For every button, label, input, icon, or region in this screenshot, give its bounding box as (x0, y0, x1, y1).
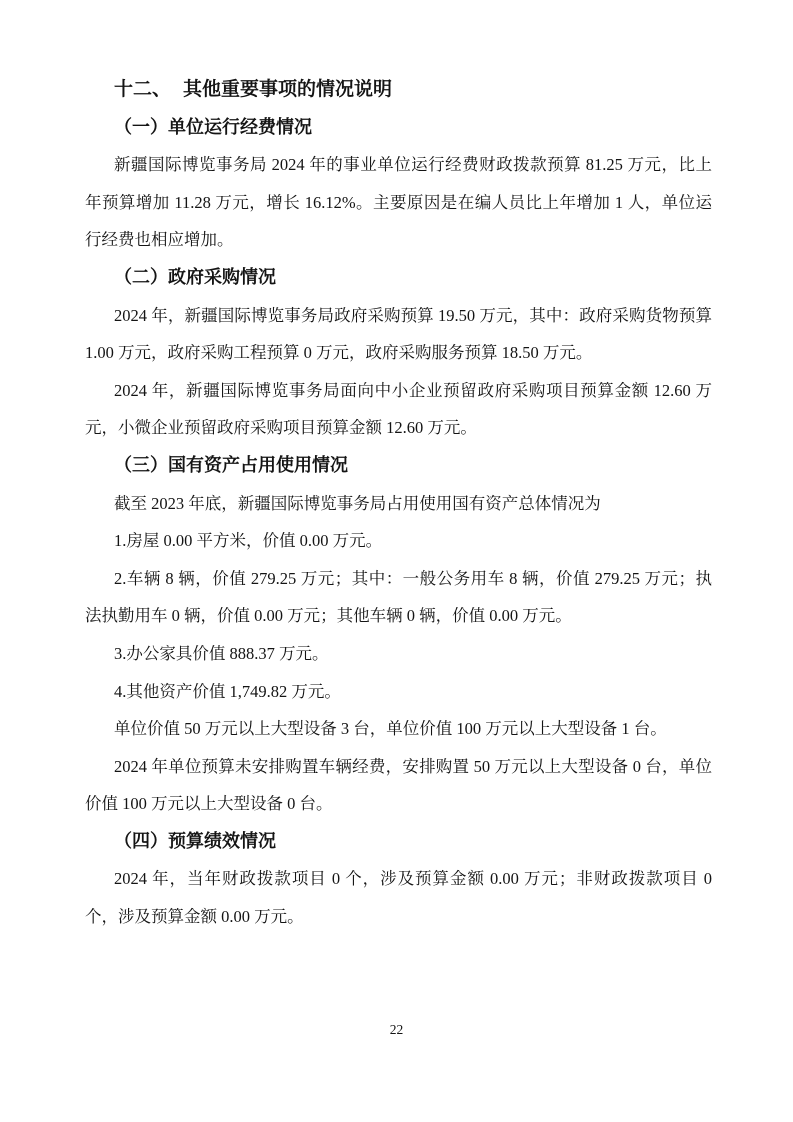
paragraph-large-equipment: 单位价值 50 万元以上大型设备 3 台，单位价值 100 万元以上大型设备 1… (85, 710, 712, 748)
paragraph-asset-housing: 1.房屋 0.00 平方米，价值 0.00 万元。 (85, 522, 712, 560)
paragraph-2024-purchase-plan: 2024 年单位预算未安排购置车辆经费，安排购置 50 万元以上大型设备 0 台… (85, 748, 712, 823)
subsection-heading-state-assets: （三）国有资产占用使用情况 (85, 447, 712, 485)
subsection-heading-unit-operating-costs: （一）单位运行经费情况 (85, 109, 712, 147)
paragraph-budget-performance: 2024 年，当年财政拨款项目 0 个，涉及预算金额 0.00 万元；非财政拨款… (85, 860, 712, 935)
subsection-heading-government-procurement: （二）政府采购情况 (85, 259, 712, 297)
document-content: 十二、其他重要事项的情况说明 （一）单位运行经费情况 新疆国际博览事务局 202… (85, 71, 712, 936)
section-heading: 十二、其他重要事项的情况说明 (85, 71, 712, 109)
paragraph-state-assets-intro: 截至 2023 年底，新疆国际博览事务局占用使用国有资产总体情况为 (85, 485, 712, 523)
paragraph-procurement-budget: 2024 年，新疆国际博览事务局政府采购预算 19.50 万元，其中：政府采购货… (85, 297, 712, 372)
paragraph-asset-vehicles: 2.车辆 8 辆，价值 279.25 万元；其中：一般公务用车 8 辆，价值 2… (85, 560, 712, 635)
subsection-heading-budget-performance: （四）预算绩效情况 (85, 823, 712, 861)
section-heading-number: 十二、 (114, 79, 171, 100)
paragraph-unit-operating-costs: 新疆国际博览事务局 2024 年的事业单位运行经费财政拨款预算 81.25 万元… (85, 146, 712, 259)
paragraph-asset-office-furniture: 3.办公家具价值 888.37 万元。 (85, 635, 712, 673)
section-heading-title: 其他重要事项的情况说明 (183, 79, 392, 100)
paragraph-procurement-sme-reserve: 2024 年，新疆国际博览事务局面向中小企业预留政府采购项目预算金额 12.60… (85, 372, 712, 447)
paragraph-asset-other: 4.其他资产价值 1,749.82 万元。 (85, 673, 712, 711)
document-page: 十二、其他重要事项的情况说明 （一）单位运行经费情况 新疆国际博览事务局 202… (0, 0, 793, 1122)
page-number: 22 (0, 1020, 793, 1040)
